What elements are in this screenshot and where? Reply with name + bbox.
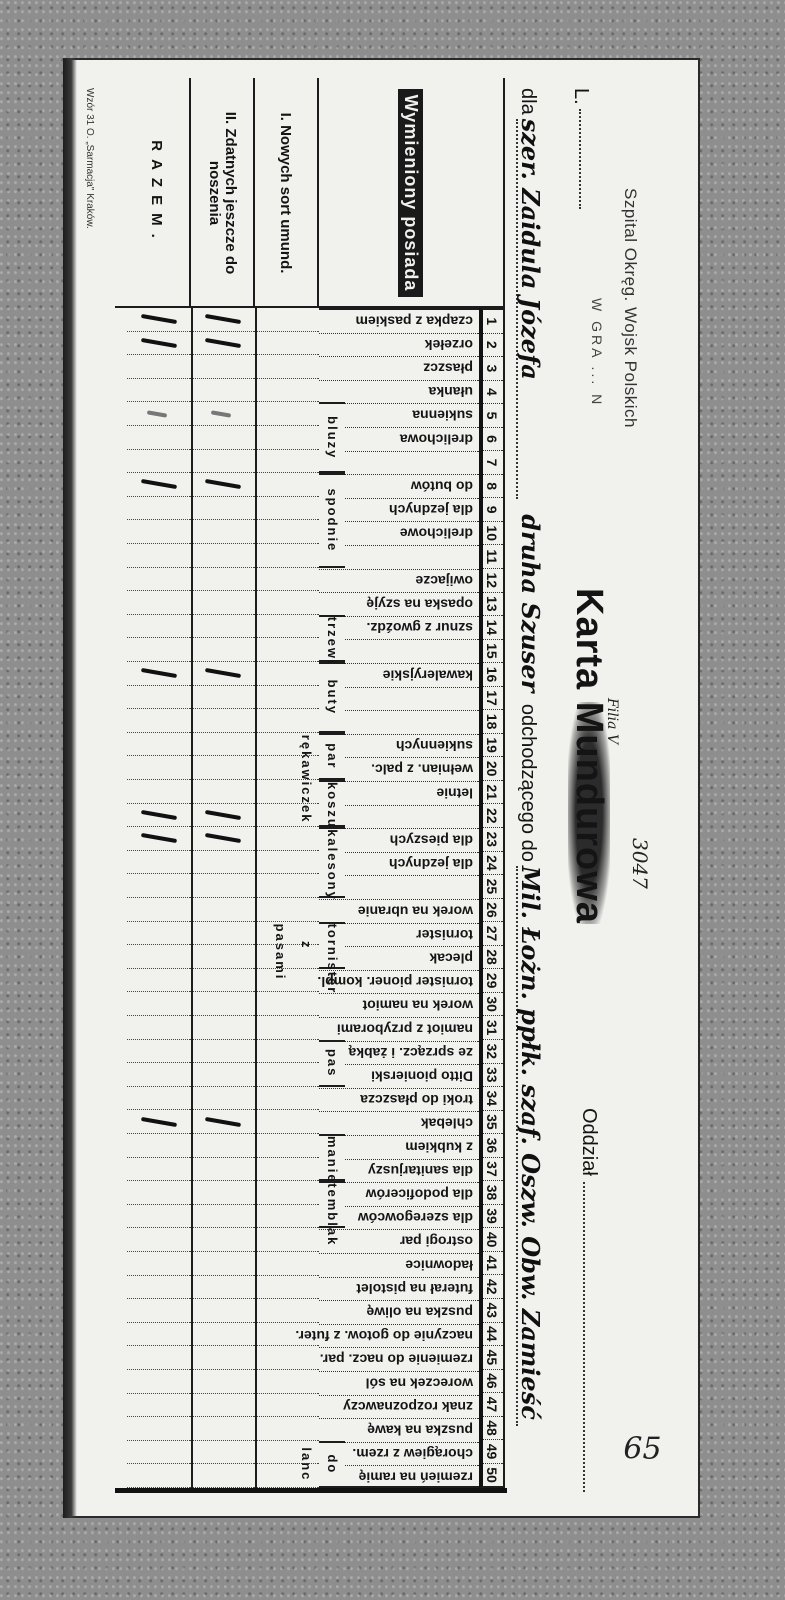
item-number: 3 (483, 357, 503, 381)
quantity-cell (193, 756, 255, 780)
quantity-cell (193, 473, 255, 497)
handwritten-page-number: 65 (623, 1432, 661, 1467)
quantity-cell (257, 1346, 319, 1370)
quantity-cell (193, 379, 255, 403)
quantity-cell (257, 332, 319, 356)
quantity-cell (193, 1016, 255, 1040)
quantity-cell (257, 1181, 319, 1205)
item-label: plecak (429, 950, 473, 966)
quantity-cell (127, 402, 191, 426)
quantity-cell (257, 591, 319, 615)
reference-number-field: L. (569, 88, 592, 209)
item-number: 37 (483, 1158, 503, 1182)
tally-mark (141, 314, 177, 324)
item-number: 1 (483, 310, 503, 334)
quantity-cell (193, 1252, 255, 1276)
item-number: 32 (483, 1040, 503, 1064)
item-number: 35 (483, 1111, 503, 1135)
quantity-cell (257, 473, 319, 497)
item-number: 49 (483, 1440, 503, 1464)
quantity-cell (193, 969, 255, 993)
item-label: futerał na pistolet (356, 1281, 473, 1297)
item-number: 11 (483, 545, 503, 569)
quantity-cell (193, 1040, 255, 1064)
quantity-cell (127, 450, 191, 474)
department-dotted-line (583, 1182, 585, 1492)
quantity-cell (257, 874, 319, 898)
item-label: chorągiew z rzem. (352, 1446, 473, 1462)
row-header-usable: II. Zdatnych jeszcze do noszenia (189, 78, 253, 308)
item-number: 28 (483, 946, 503, 970)
item-number: 14 (483, 616, 503, 640)
quantity-cell (257, 638, 319, 662)
document-paper: L. Szpital Okręg. Wojsk Polskich W GRA .… (63, 58, 700, 1518)
quantity-cell (127, 1394, 191, 1418)
quantity-cell (193, 898, 255, 922)
item-label: sukiennych (396, 738, 473, 754)
quantity-cell (257, 804, 319, 828)
destination-handwritten: Mil. Łożn. ppłk. szaf. Oszw. Obw. Zamieś… (516, 866, 545, 1420)
row-total-items (127, 308, 191, 1488)
item-group-label: buty (319, 662, 345, 733)
item-number: 8 (483, 475, 503, 499)
quantity-cell (257, 1158, 319, 1182)
item-number: 40 (483, 1228, 503, 1252)
item-number: 30 (483, 993, 503, 1017)
tally-mark (205, 668, 241, 678)
quantity-cell (193, 402, 255, 426)
quantity-cell (257, 544, 319, 568)
quantity-cell (127, 1134, 191, 1158)
quantity-cell (193, 1087, 255, 1111)
quantity-cell (127, 780, 191, 804)
quantity-cell (193, 1181, 255, 1205)
recipient-extra-handwritten: druha Szuser (516, 514, 545, 692)
item-label: dla podoficerów (366, 1186, 473, 1202)
item-label: ostrogi par (400, 1234, 473, 1250)
quantity-cell (127, 733, 191, 757)
quantity-cell (193, 662, 255, 686)
quantity-cell (127, 308, 191, 332)
quantity-cell (193, 1110, 255, 1134)
quantity-cell (193, 1370, 255, 1394)
item-label: letnie (436, 785, 473, 801)
item-group-label: tornister z pasami (319, 922, 345, 969)
item-number: 29 (483, 969, 503, 993)
quantity-cell (193, 1464, 255, 1488)
quantity-cell (193, 1205, 255, 1229)
quantity-cell (127, 1158, 191, 1182)
item-label: dla sanitarjuszy (368, 1163, 473, 1179)
recipient-name-field: szer. Zaidula Józefa (516, 119, 518, 499)
reference-dotted-line (579, 109, 581, 209)
quantity-cell (257, 308, 319, 332)
tally-mark (205, 479, 241, 489)
item-groups: bluzyspodnietrzewikibutypar rękawiczekko… (319, 308, 345, 1488)
item-number: 5 (483, 404, 503, 428)
quantity-cell (257, 992, 319, 1016)
uniform-items-table: Wymieniony posiada I. Nowych sort umund.… (115, 78, 505, 1483)
item-number: 21 (483, 781, 503, 805)
item-label: tornister (416, 927, 473, 943)
row-new-items (255, 308, 319, 1488)
quantity-cell (127, 1370, 191, 1394)
tally-mark (205, 338, 241, 348)
quantity-cell (257, 355, 319, 379)
item-label: opaska na szyję (366, 596, 473, 612)
quantity-cell (193, 922, 255, 946)
quantity-cell (127, 969, 191, 993)
quantity-cell (193, 591, 255, 615)
quantity-cell (257, 709, 319, 733)
quantity-cell (127, 827, 191, 851)
tally-mark (147, 410, 167, 417)
item-number: 46 (483, 1370, 503, 1394)
quantity-cell (127, 1087, 191, 1111)
item-number: 25 (483, 875, 503, 899)
quantity-cell (193, 332, 255, 356)
quantity-cell (127, 922, 191, 946)
item-number: 42 (483, 1275, 503, 1299)
tally-mark (141, 338, 177, 348)
quantity-cell (257, 1417, 319, 1441)
quantity-cell (127, 1040, 191, 1064)
item-number: 39 (483, 1205, 503, 1229)
quantity-cell (193, 1299, 255, 1323)
item-number: 17 (483, 687, 503, 711)
item-number: 20 (483, 757, 503, 781)
item-group-label: bluzy (319, 402, 345, 473)
quantity-cell (193, 426, 255, 450)
item-number: 41 (483, 1252, 503, 1276)
for-label: dla (517, 88, 539, 115)
quantity-cell (257, 1252, 319, 1276)
quantity-cell (257, 450, 319, 474)
quantity-cell (257, 1063, 319, 1087)
item-label: chlebak (421, 1116, 473, 1132)
printer-imprint: Wzór 31 O. „Sarmacja" Kraków. (84, 88, 95, 229)
item-label: czapka z paskiem (355, 313, 473, 329)
item-label: puszka na kawę (367, 1422, 473, 1438)
quantity-cell (127, 1464, 191, 1488)
quantity-cell (127, 709, 191, 733)
quantity-cell (257, 969, 319, 993)
quantity-cell (127, 1110, 191, 1134)
quantity-cell (257, 1205, 319, 1229)
quantity-cell (127, 756, 191, 780)
tally-mark (141, 668, 177, 678)
uniform-card-sheet: L. Szpital Okręg. Wojsk Polskich W GRA .… (63, 58, 700, 1518)
quantity-cell (127, 1441, 191, 1465)
item-label: sukienna (412, 408, 473, 424)
quantity-cell (257, 1016, 319, 1040)
item-group-label: koszule (319, 780, 345, 827)
quantity-cell (257, 426, 319, 450)
quantity-cell (127, 1276, 191, 1300)
recipient-line: dlaszer. Zaidula Józefa druha Szuser odc… (516, 88, 545, 1448)
quantity-cell (127, 898, 191, 922)
item-group-label: do lanc (319, 1441, 345, 1488)
item-number: 50 (483, 1464, 503, 1487)
item-number: 36 (483, 1134, 503, 1158)
item-label: namiot z przyborami (337, 1021, 473, 1037)
quantity-cell (127, 1181, 191, 1205)
item-number-strip: 1234567891011121314151617181920212223242… (479, 308, 505, 1488)
item-label: kawaleryjskie (383, 667, 473, 683)
quantity-cell (193, 450, 255, 474)
quantity-cell (127, 1323, 191, 1347)
quantity-cell (257, 1228, 319, 1252)
quantity-cell (127, 520, 191, 544)
quantity-cell (257, 756, 319, 780)
quantity-cell (127, 1228, 191, 1252)
quantity-cell (127, 662, 191, 686)
quantity-cell (127, 1205, 191, 1229)
tally-mark (141, 1117, 177, 1127)
quantity-cell (193, 615, 255, 639)
quantity-cell (127, 568, 191, 592)
quantity-cell (193, 1346, 255, 1370)
quantity-cell (193, 1228, 255, 1252)
tally-mark (205, 1117, 241, 1127)
quantity-cell (257, 1276, 319, 1300)
item-label: troki do płaszcza (360, 1092, 473, 1108)
quantity-cell (127, 1417, 191, 1441)
quantity-cell (257, 780, 319, 804)
item-label: dla jezdnych (389, 502, 473, 518)
quantity-cell (127, 1299, 191, 1323)
quantity-cell (193, 874, 255, 898)
quantity-cell (257, 922, 319, 946)
item-number: 6 (483, 428, 503, 452)
item-label: ze sprzącz. i żabką (348, 1045, 473, 1061)
quantity-cell (193, 638, 255, 662)
quantity-cell (127, 804, 191, 828)
quantity-cell (193, 945, 255, 969)
quantity-cell (257, 379, 319, 403)
departing-label: odchodzącego do (517, 704, 539, 862)
quantity-cell (257, 1394, 319, 1418)
item-label: znak rozpoznawczy (343, 1399, 473, 1415)
item-group-label: pas (319, 1040, 345, 1087)
quantity-cell (127, 874, 191, 898)
quantity-cell (257, 827, 319, 851)
item-label: ułanka (429, 384, 473, 400)
quantity-cell (193, 780, 255, 804)
item-number: 48 (483, 1417, 503, 1441)
item-label: dla pieszych (390, 832, 473, 848)
row-header-column: Wymieniony posiada I. Nowych sort umund.… (115, 78, 505, 308)
quantity-cell (257, 1087, 319, 1111)
item-number: 38 (483, 1181, 503, 1205)
quantity-cell (193, 568, 255, 592)
quantity-cell (257, 1323, 319, 1347)
institution-stamp: Szpital Okręg. Wojsk Polskich (620, 188, 640, 428)
header-wymieniony-posiada: Wymieniony posiada (317, 78, 503, 308)
quantity-cell (257, 615, 319, 639)
quantity-cell (257, 945, 319, 969)
quantity-cell (193, 992, 255, 1016)
quantity-cell (127, 355, 191, 379)
item-number: 24 (483, 852, 503, 876)
quantity-cell (127, 686, 191, 710)
quantity-cell (127, 1252, 191, 1276)
row-header-new: I. Nowych sort umund. (253, 78, 317, 308)
tally-mark (141, 833, 177, 843)
item-number: 19 (483, 734, 503, 758)
reference-label: L. (570, 88, 592, 105)
quantity-cell (193, 544, 255, 568)
quantity-cell (127, 945, 191, 969)
stamp-partial: W GRA ... N (589, 298, 605, 407)
item-number: 26 (483, 899, 503, 923)
quantity-cell (257, 1464, 319, 1488)
quantity-cell (127, 497, 191, 521)
quantity-cell (257, 1370, 319, 1394)
item-label: z kubkiem (405, 1139, 473, 1155)
item-label: Ditto pionierski (371, 1068, 473, 1084)
item-label: woreczek na sól (366, 1375, 473, 1391)
quantity-cell (193, 1158, 255, 1182)
item-group-label: par rękawiczek (319, 733, 345, 780)
tally-mark (205, 314, 241, 324)
quantity-cell (127, 1016, 191, 1040)
item-group-label: spodnie (319, 473, 345, 567)
quantity-cell (193, 355, 255, 379)
quantity-cell (257, 1110, 319, 1134)
item-group-label: temblak (319, 1181, 345, 1228)
quantity-cell (257, 1134, 319, 1158)
item-number: 4 (483, 381, 503, 405)
item-number: 12 (483, 569, 503, 593)
handwritten-number: 3047 (628, 838, 652, 889)
tally-mark (141, 810, 177, 820)
quantity-cell (257, 520, 319, 544)
quantity-cell (257, 898, 319, 922)
handwritten-filia-note: Filia V (604, 698, 620, 744)
quantity-cell (193, 827, 255, 851)
item-label: do butów (411, 478, 473, 494)
quantity-cell (193, 1134, 255, 1158)
quantity-cell (257, 497, 319, 521)
department-field: Oddział (577, 1108, 600, 1492)
tally-mark (141, 479, 177, 489)
item-number: 34 (483, 1087, 503, 1111)
item-label: płaszcz (423, 360, 473, 376)
quantity-cell (193, 1417, 255, 1441)
quantity-cell (127, 615, 191, 639)
title-karta: Karta (568, 588, 610, 690)
tally-mark (205, 810, 241, 820)
quantity-cell (127, 473, 191, 497)
item-number: 27 (483, 922, 503, 946)
document-title: Karta Mundurowa (567, 588, 610, 924)
quantity-cell (193, 733, 255, 757)
item-label: owijacze (415, 573, 473, 589)
item-number: 7 (483, 451, 503, 475)
quantity-cell (193, 308, 255, 332)
quantity-cell (127, 591, 191, 615)
item-label: sznur z gwoźdz. (366, 620, 473, 636)
item-number: 44 (483, 1323, 503, 1347)
item-number: 31 (483, 1016, 503, 1040)
item-label: orzełek (425, 337, 473, 353)
item-label: drelichowa (400, 431, 473, 447)
quantity-cell (193, 686, 255, 710)
item-number: 23 (483, 828, 503, 852)
item-number: 13 (483, 593, 503, 617)
quantity-cell (127, 1346, 191, 1370)
quantity-cell (193, 1063, 255, 1087)
item-number: 33 (483, 1064, 503, 1088)
item-number: 16 (483, 663, 503, 687)
row-usable-items (191, 308, 255, 1488)
quantity-cell (127, 379, 191, 403)
recipient-name-handwritten: szer. Zaidula Józefa (516, 119, 545, 380)
item-number: 47 (483, 1393, 503, 1417)
quantity-cell (193, 497, 255, 521)
quantity-cell (193, 1394, 255, 1418)
department-label: Oddział (578, 1108, 600, 1176)
item-number: 45 (483, 1346, 503, 1370)
tally-mark (205, 833, 241, 843)
quantity-cell (127, 1063, 191, 1087)
item-label: dla jezdnych (389, 856, 473, 872)
item-label: drelichowe (400, 526, 473, 542)
item-group-label: manierka (319, 1134, 345, 1181)
quantity-cell (193, 1441, 255, 1465)
item-number: 2 (483, 334, 503, 358)
quantity-cell (127, 426, 191, 450)
quantity-cell (127, 332, 191, 356)
quantity-cell (257, 733, 319, 757)
item-group-label: trzewiki (319, 615, 345, 662)
quantity-cell (193, 709, 255, 733)
quantity-cell (193, 1276, 255, 1300)
item-number: 9 (483, 498, 503, 522)
item-number: 18 (483, 710, 503, 734)
quantity-cell (127, 992, 191, 1016)
quantity-cell (257, 1441, 319, 1465)
quantity-cell (127, 851, 191, 875)
item-label: worek na ubranie (358, 903, 473, 919)
quantity-cell (193, 851, 255, 875)
quantity-cell (257, 402, 319, 426)
item-label: worek na namiot (363, 998, 473, 1014)
tally-mark (211, 410, 231, 417)
item-label: rzemień na ramię (359, 1470, 473, 1486)
quantity-cell (257, 1040, 319, 1064)
quantity-cell (257, 568, 319, 592)
quantity-cell (193, 804, 255, 828)
item-label: puszka na oliwę (366, 1304, 473, 1320)
quantity-cell (257, 662, 319, 686)
quantity-cell (127, 638, 191, 662)
table-right-rule (115, 1488, 507, 1493)
item-number: 15 (483, 640, 503, 664)
quantity-cell (193, 520, 255, 544)
item-number: 10 (483, 522, 503, 546)
item-number: 22 (483, 804, 503, 828)
item-label: dla szeregowców (358, 1210, 473, 1226)
quantity-cell (193, 1323, 255, 1347)
quantity-cell (257, 851, 319, 875)
quantity-cell (257, 1299, 319, 1323)
quantity-cell (127, 544, 191, 568)
item-number: 43 (483, 1299, 503, 1323)
item-label: ładownice (405, 1257, 473, 1273)
row-header-total: RAZEM. (125, 78, 189, 308)
